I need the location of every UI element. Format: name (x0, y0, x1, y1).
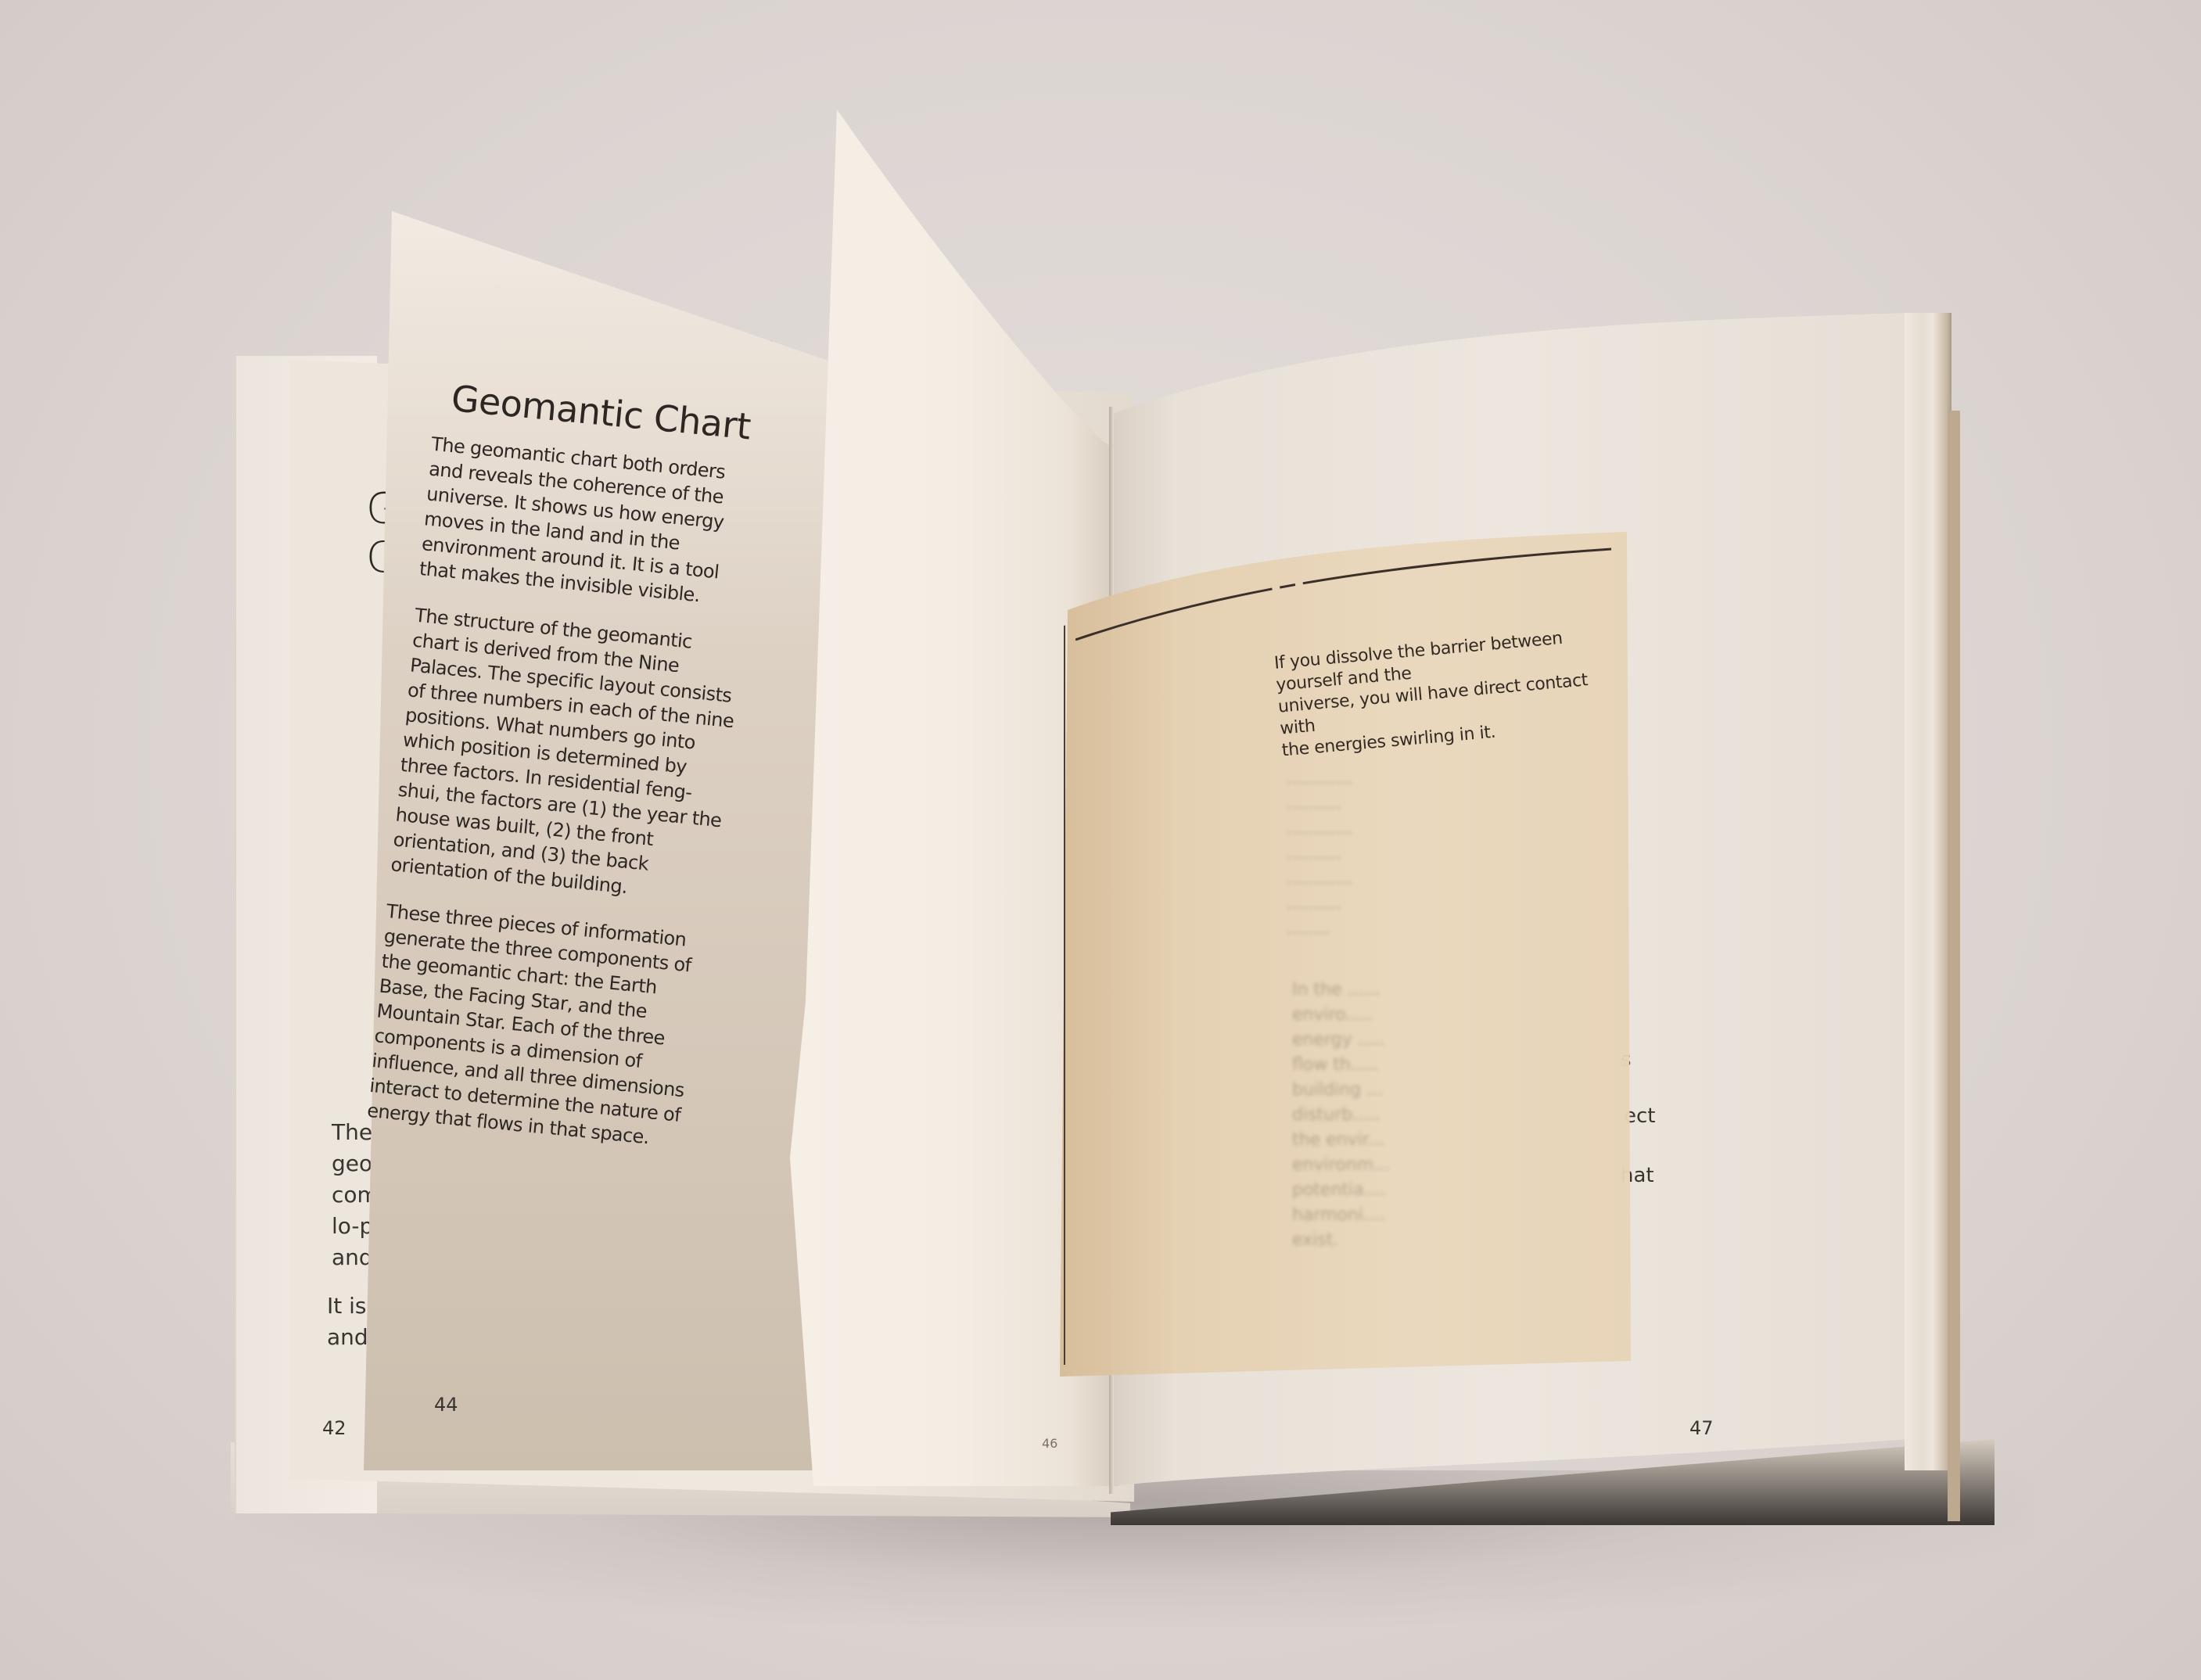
paragraph-1: The geomantic chart both orders and reve… (418, 432, 759, 612)
page-number-47: 47 (1689, 1417, 1714, 1439)
page-number-42: 42 (322, 1417, 346, 1439)
bleed-line: building ... (1292, 1078, 1449, 1103)
right-page-edges (1905, 313, 1951, 1470)
bleed-line: enviro..... (1292, 1003, 1449, 1028)
paragraph-2: The structure of the geomantic chart is … (390, 603, 743, 909)
paragraph-3: These three pieces of information genera… (366, 899, 715, 1154)
bleed-line: environm... (1292, 1153, 1449, 1178)
bleed-line: .......... (1287, 892, 1443, 917)
page-number-44: 44 (434, 1394, 458, 1416)
bleed-line: ............ (1287, 766, 1443, 792)
bleed-line: exist. (1292, 1228, 1449, 1253)
insert-top-border-dashed (1075, 547, 1615, 641)
bleed-through-text-2: In the ...... enviro..... energy ..... f… (1292, 978, 1449, 1253)
page-number-46: 46 (1042, 1436, 1057, 1451)
back-cover-edge (1948, 411, 1960, 1521)
bleed-line: energy ..... (1292, 1028, 1449, 1053)
bleed-line: flow th..... (1292, 1053, 1449, 1078)
bleed-line: the envir... (1292, 1128, 1449, 1153)
bleed-line: disturb..... (1292, 1103, 1449, 1128)
bleed-line: In the ...... (1292, 978, 1449, 1003)
bleed-line: ............ (1287, 867, 1443, 892)
bleed-line: ........ (1287, 917, 1443, 942)
bleed-line: ............ (1287, 817, 1443, 842)
bleed-line: harmoni.... (1292, 1203, 1449, 1228)
bleed-line: potentia.... (1292, 1178, 1449, 1203)
bleed-line: .......... (1287, 842, 1443, 867)
bleed-through-text-1: ............ .......... ............ ...… (1287, 766, 1443, 942)
bleed-line: .......... (1287, 792, 1443, 817)
